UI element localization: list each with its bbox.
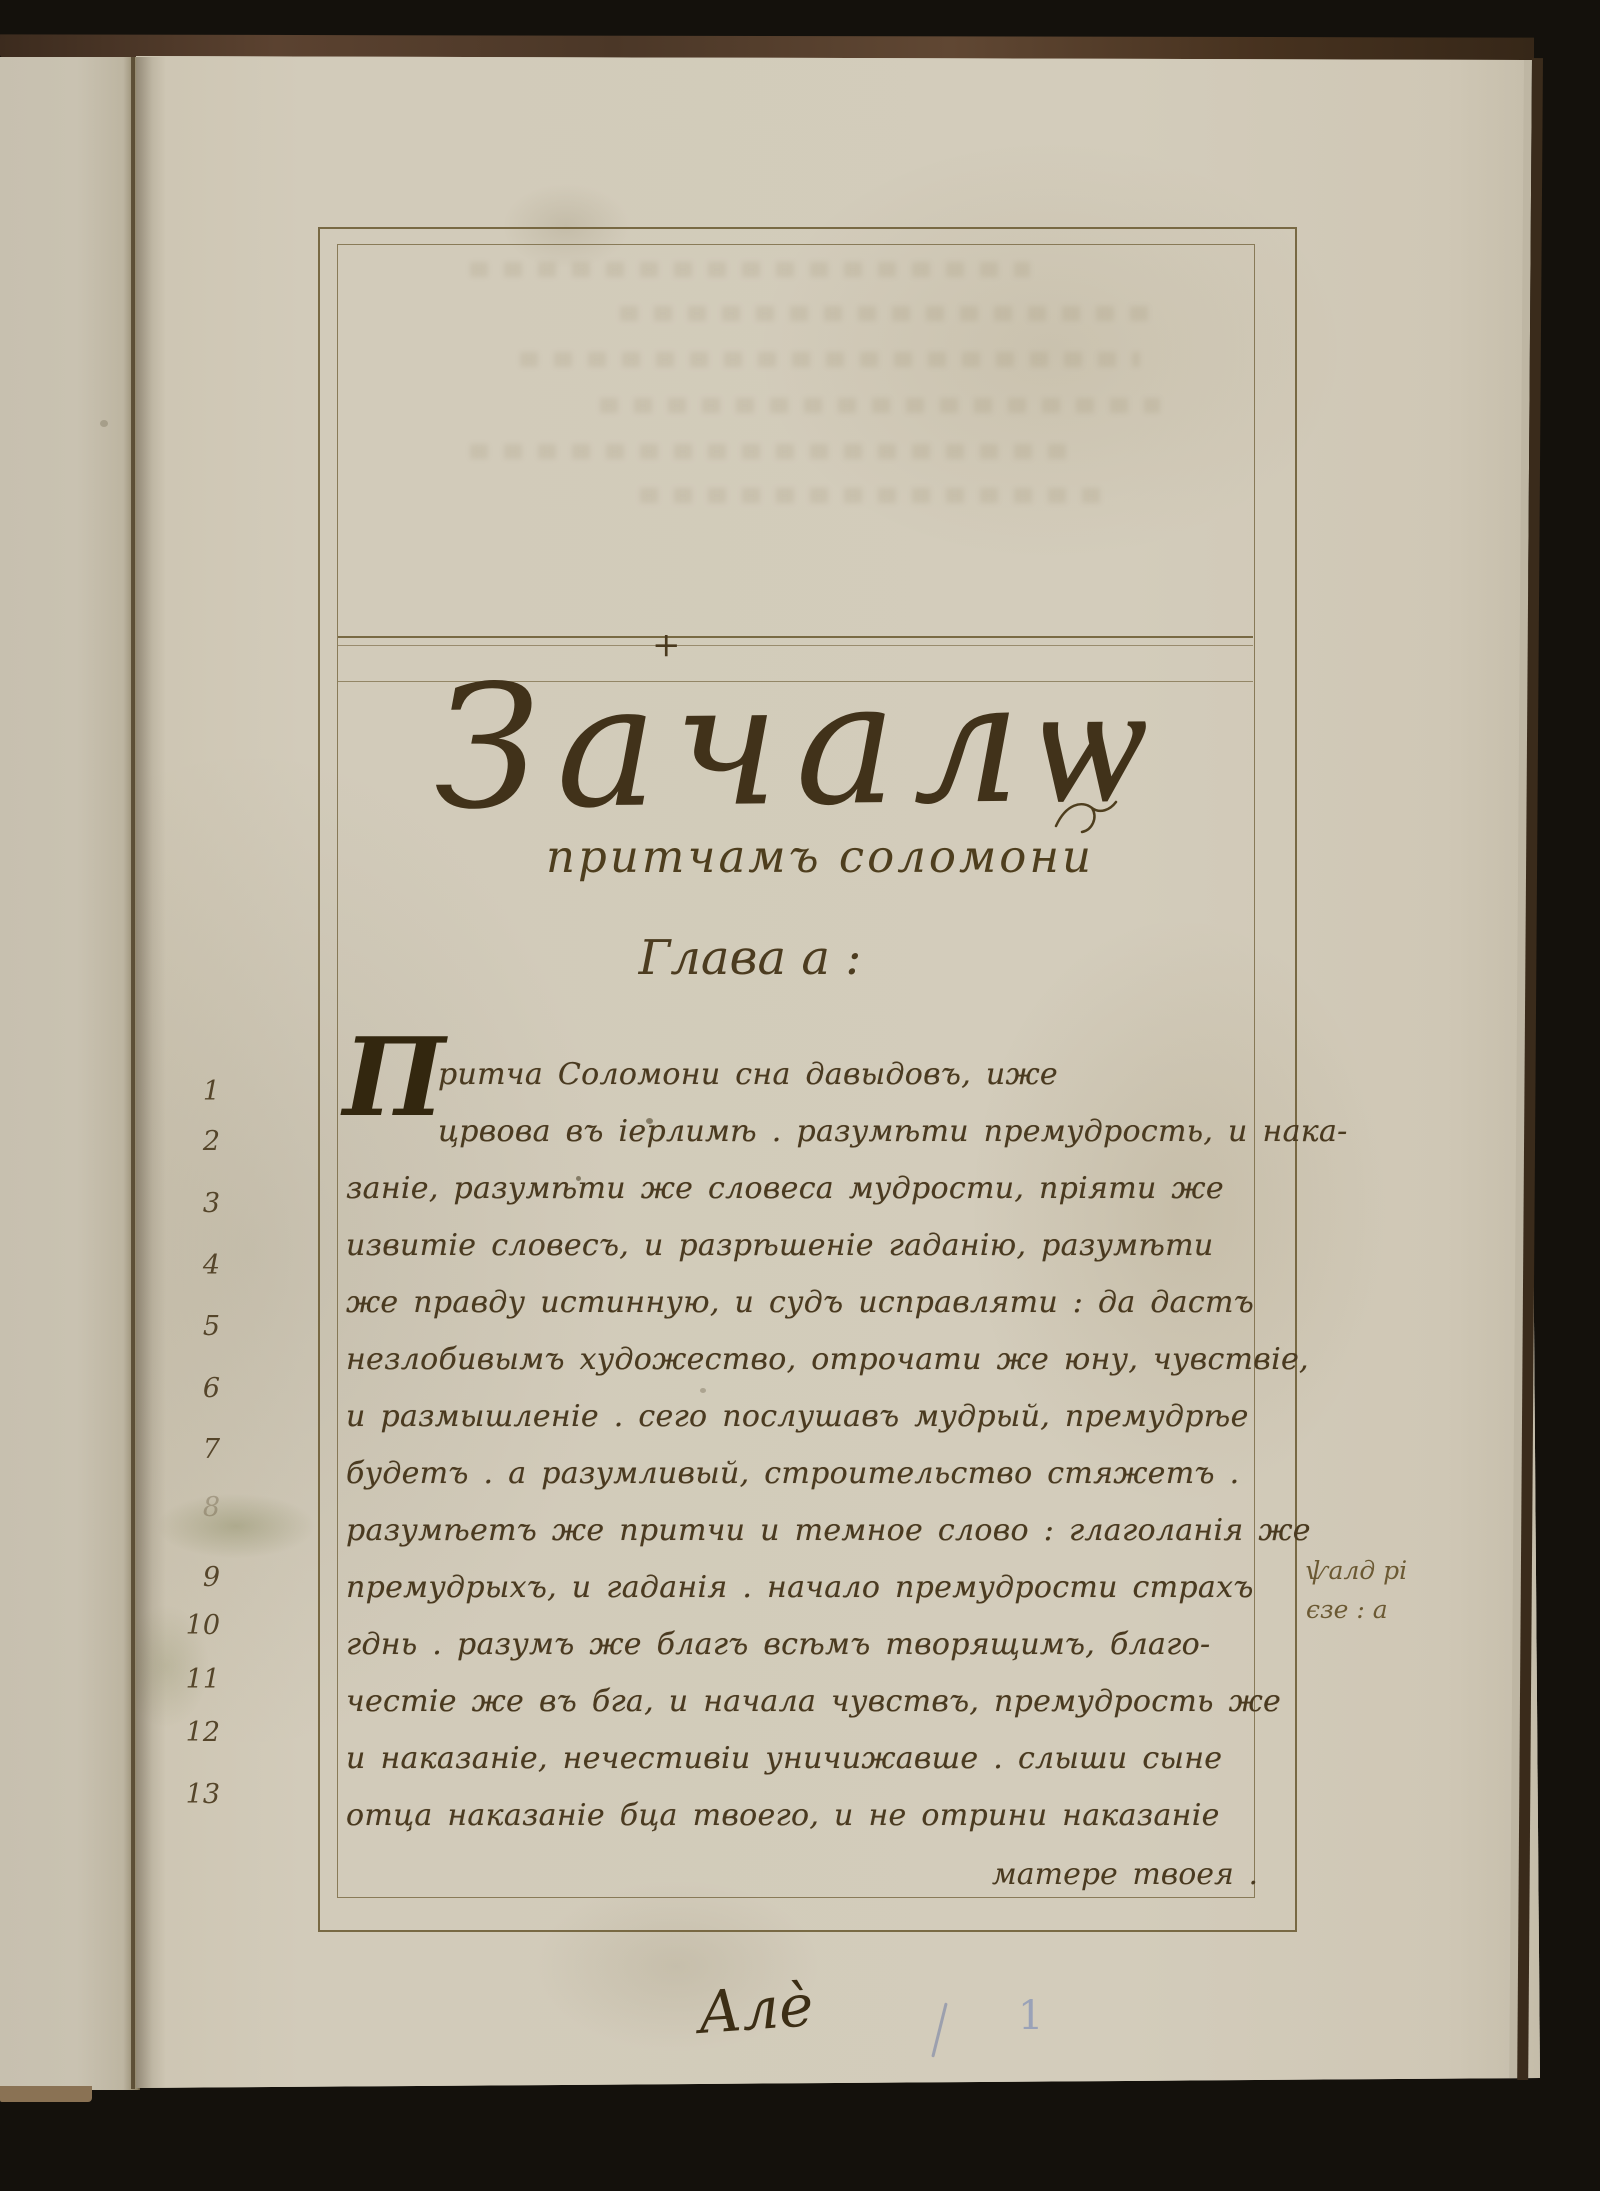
verse-number: 11 [176, 1666, 220, 1693]
margin-note-line: ѱалд рі [1306, 1552, 1407, 1591]
margin-note-line: єзе : а [1306, 1591, 1407, 1630]
ink-speck [576, 1176, 581, 1181]
body-line: и наказаніе, нечестивіи уничижавше . слы… [346, 1730, 1258, 1787]
bleed-through-text [640, 488, 1100, 503]
gutter-crease [131, 57, 135, 2089]
manuscript-photo: + Зачалѡ притчамъ соломони Глава а : П р… [0, 0, 1600, 2191]
verse-number: 7 [176, 1436, 220, 1463]
hanging-line: матере твоея . [346, 1850, 1258, 1900]
bleed-through-text [520, 352, 1140, 367]
verse-number: 3 [176, 1190, 220, 1217]
body-line: незлобивымъ художество, отрочати же юну,… [346, 1331, 1258, 1388]
body-line: извитіе словесъ, и разрѣшеніе гаданію, р… [346, 1217, 1258, 1274]
body-line: разумѣетъ же притчи и темное слово : гла… [346, 1502, 1258, 1559]
bottom-inscription: Алѐ [696, 1976, 815, 2042]
body-text-block: ритча Соломони сна давыдовъ, иже црвова … [346, 1046, 1258, 1844]
subtitle: притчамъ соломони [520, 834, 1120, 879]
verse-number: 12 [176, 1719, 220, 1746]
bleed-through-text [600, 398, 1160, 413]
verse-number: 9 [176, 1564, 220, 1591]
body-line: ритча Соломони сна давыдовъ, иже [346, 1046, 1258, 1103]
body-line: отца наказаніе бца твоего, и не отрини н… [346, 1787, 1258, 1844]
section-divider-rule [338, 636, 1253, 638]
verse-number: 1 [176, 1078, 220, 1105]
body-line: црвова въ іерлимѣ . разумѣти премудрость… [346, 1103, 1258, 1160]
verse-number: 2 [176, 1128, 220, 1155]
verse-number: 4 [176, 1252, 220, 1279]
body-line: заніе, разумѣти же словеса мудрости, прі… [346, 1160, 1258, 1217]
cover-fragment [0, 2086, 92, 2102]
gutter-shadow [136, 57, 166, 2088]
verse-number: 8 [176, 1494, 220, 1521]
scribal-flourish [1052, 796, 1122, 836]
bleed-through-text [470, 262, 1030, 277]
body-line: же правду истинную, и судъ исправляти : … [346, 1274, 1258, 1331]
verse-number: 6 [176, 1375, 220, 1402]
ink-speck [700, 1388, 706, 1393]
verse-number: 10 [176, 1612, 220, 1639]
chapter-heading: Глава а : [600, 934, 900, 982]
body-line: будетъ . а разумливый, строительство стя… [346, 1445, 1258, 1502]
facing-page-edge [0, 57, 140, 2090]
margin-note: ѱалд рі єзе : а [1306, 1552, 1407, 1630]
page-number-pencil: 1 [1018, 1996, 1043, 2036]
verse-number: 5 [176, 1313, 220, 1340]
ink-speck [100, 420, 108, 427]
verse-number: 13 [176, 1781, 220, 1808]
body-line: гднь . разумъ же благъ всѣмъ творящимъ, … [346, 1616, 1258, 1673]
body-line: и размышленіе . сего послушавъ мудрый, п… [346, 1388, 1258, 1445]
body-line: честіе же въ бга, и начала чувствъ, прем… [346, 1673, 1258, 1730]
body-line: премудрыхъ, и гаданія . начало премудрос… [346, 1559, 1258, 1616]
bleed-through-text [620, 306, 1160, 321]
ink-speck [646, 1118, 653, 1124]
bleed-through-text [470, 444, 1070, 459]
